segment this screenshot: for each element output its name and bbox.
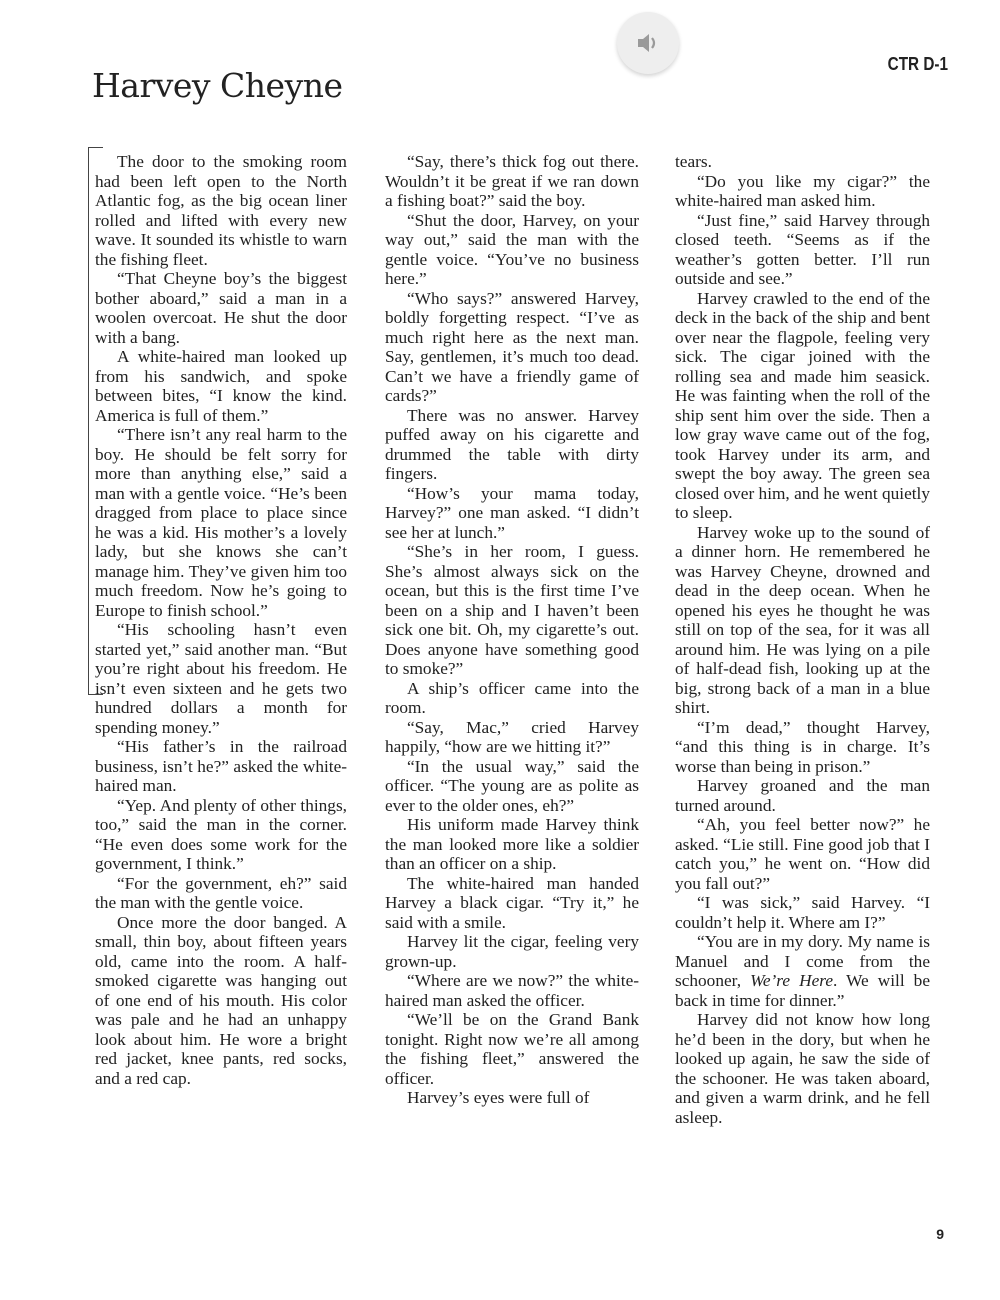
paragraph-continued: tears. bbox=[675, 152, 930, 172]
paragraph: “I was sick,” said Harvey. “I couldn’t h… bbox=[675, 893, 930, 932]
ship-name: We’re Here bbox=[750, 971, 833, 990]
paragraph: “Ah, you feel better now?” he asked. “Li… bbox=[675, 815, 930, 893]
paragraph: Harvey’s eyes were full of bbox=[385, 1088, 639, 1108]
paragraph: His uniform made Harvey think the man lo… bbox=[385, 815, 639, 874]
paragraph: “Where are we now?” the white-haired man… bbox=[385, 971, 639, 1010]
paragraph: “I’m dead,” thought Harvey, “and this th… bbox=[675, 718, 930, 777]
paragraph: There was no answer. Harvey puffed away … bbox=[385, 406, 639, 484]
paragraph: “Who says?” answered Harvey, boldly forg… bbox=[385, 289, 639, 406]
paragraph: Harvey groaned and the man turned around… bbox=[675, 776, 930, 815]
text-column-2: “Say, there’s thick fog out there. Would… bbox=[385, 152, 639, 1108]
audio-play-button[interactable] bbox=[617, 12, 679, 74]
paragraph: The white-haired man handed Harvey a bla… bbox=[385, 874, 639, 933]
paragraph: “How’s your mama today, Harvey?” one man… bbox=[385, 484, 639, 543]
paragraph: Harvey woke up to the sound of a dinner … bbox=[675, 523, 930, 718]
paragraph: “Just fine,” said Harvey through closed … bbox=[675, 211, 930, 289]
paragraph: “She’s in her room, I guess. She’s almos… bbox=[385, 542, 639, 679]
story-title: Harvey Cheyne bbox=[92, 66, 343, 105]
paragraph: Once more the door banged. A small, thin… bbox=[95, 913, 347, 1089]
speaker-icon bbox=[635, 30, 661, 56]
paragraph: “Do you like my cigar?” the white-haired… bbox=[675, 172, 930, 211]
paragraph: “Say, there’s thick fog out there. Would… bbox=[385, 152, 639, 211]
paragraph: “That Cheyne boy’s the biggest bother ab… bbox=[95, 269, 347, 347]
paragraph: The door to the smoking room had been le… bbox=[95, 152, 347, 269]
paragraph: “Say, Mac,” cried Harvey happily, “how a… bbox=[385, 718, 639, 757]
text-column-1: The door to the smoking room had been le… bbox=[95, 152, 347, 1088]
paragraph: “Shut the door, Harvey, on your way out,… bbox=[385, 211, 639, 289]
paragraph: “Yep. And plenty of other things, too,” … bbox=[95, 796, 347, 874]
paragraph: A ship’s officer came into the room. bbox=[385, 679, 639, 718]
paragraph: Harvey lit the cigar, feeling very grown… bbox=[385, 932, 639, 971]
paragraph: “His father’s in the railroad business, … bbox=[95, 737, 347, 796]
paragraph: A white-haired man looked up from his sa… bbox=[95, 347, 347, 425]
page-number: 9 bbox=[936, 1226, 944, 1242]
lesson-code: CTR D-1 bbox=[888, 54, 948, 75]
paragraph: “His schooling hasn’t even started yet,”… bbox=[95, 620, 347, 737]
paragraph: “For the government, eh?” said the man w… bbox=[95, 874, 347, 913]
paragraph: Harvey crawled to the end of the deck in… bbox=[675, 289, 930, 523]
paragraph: “You are in my dory. My name is Manuel a… bbox=[675, 932, 930, 1010]
paragraph: “We’ll be on the Grand Bank tonight. Rig… bbox=[385, 1010, 639, 1088]
text-column-3: tears. “Do you like my cigar?” the white… bbox=[675, 152, 930, 1127]
paragraph: Harvey did not know how long he’d been i… bbox=[675, 1010, 930, 1127]
paragraph: “There isn’t any real harm to the boy. H… bbox=[95, 425, 347, 620]
paragraph: “In the usual way,” said the officer. “T… bbox=[385, 757, 639, 816]
